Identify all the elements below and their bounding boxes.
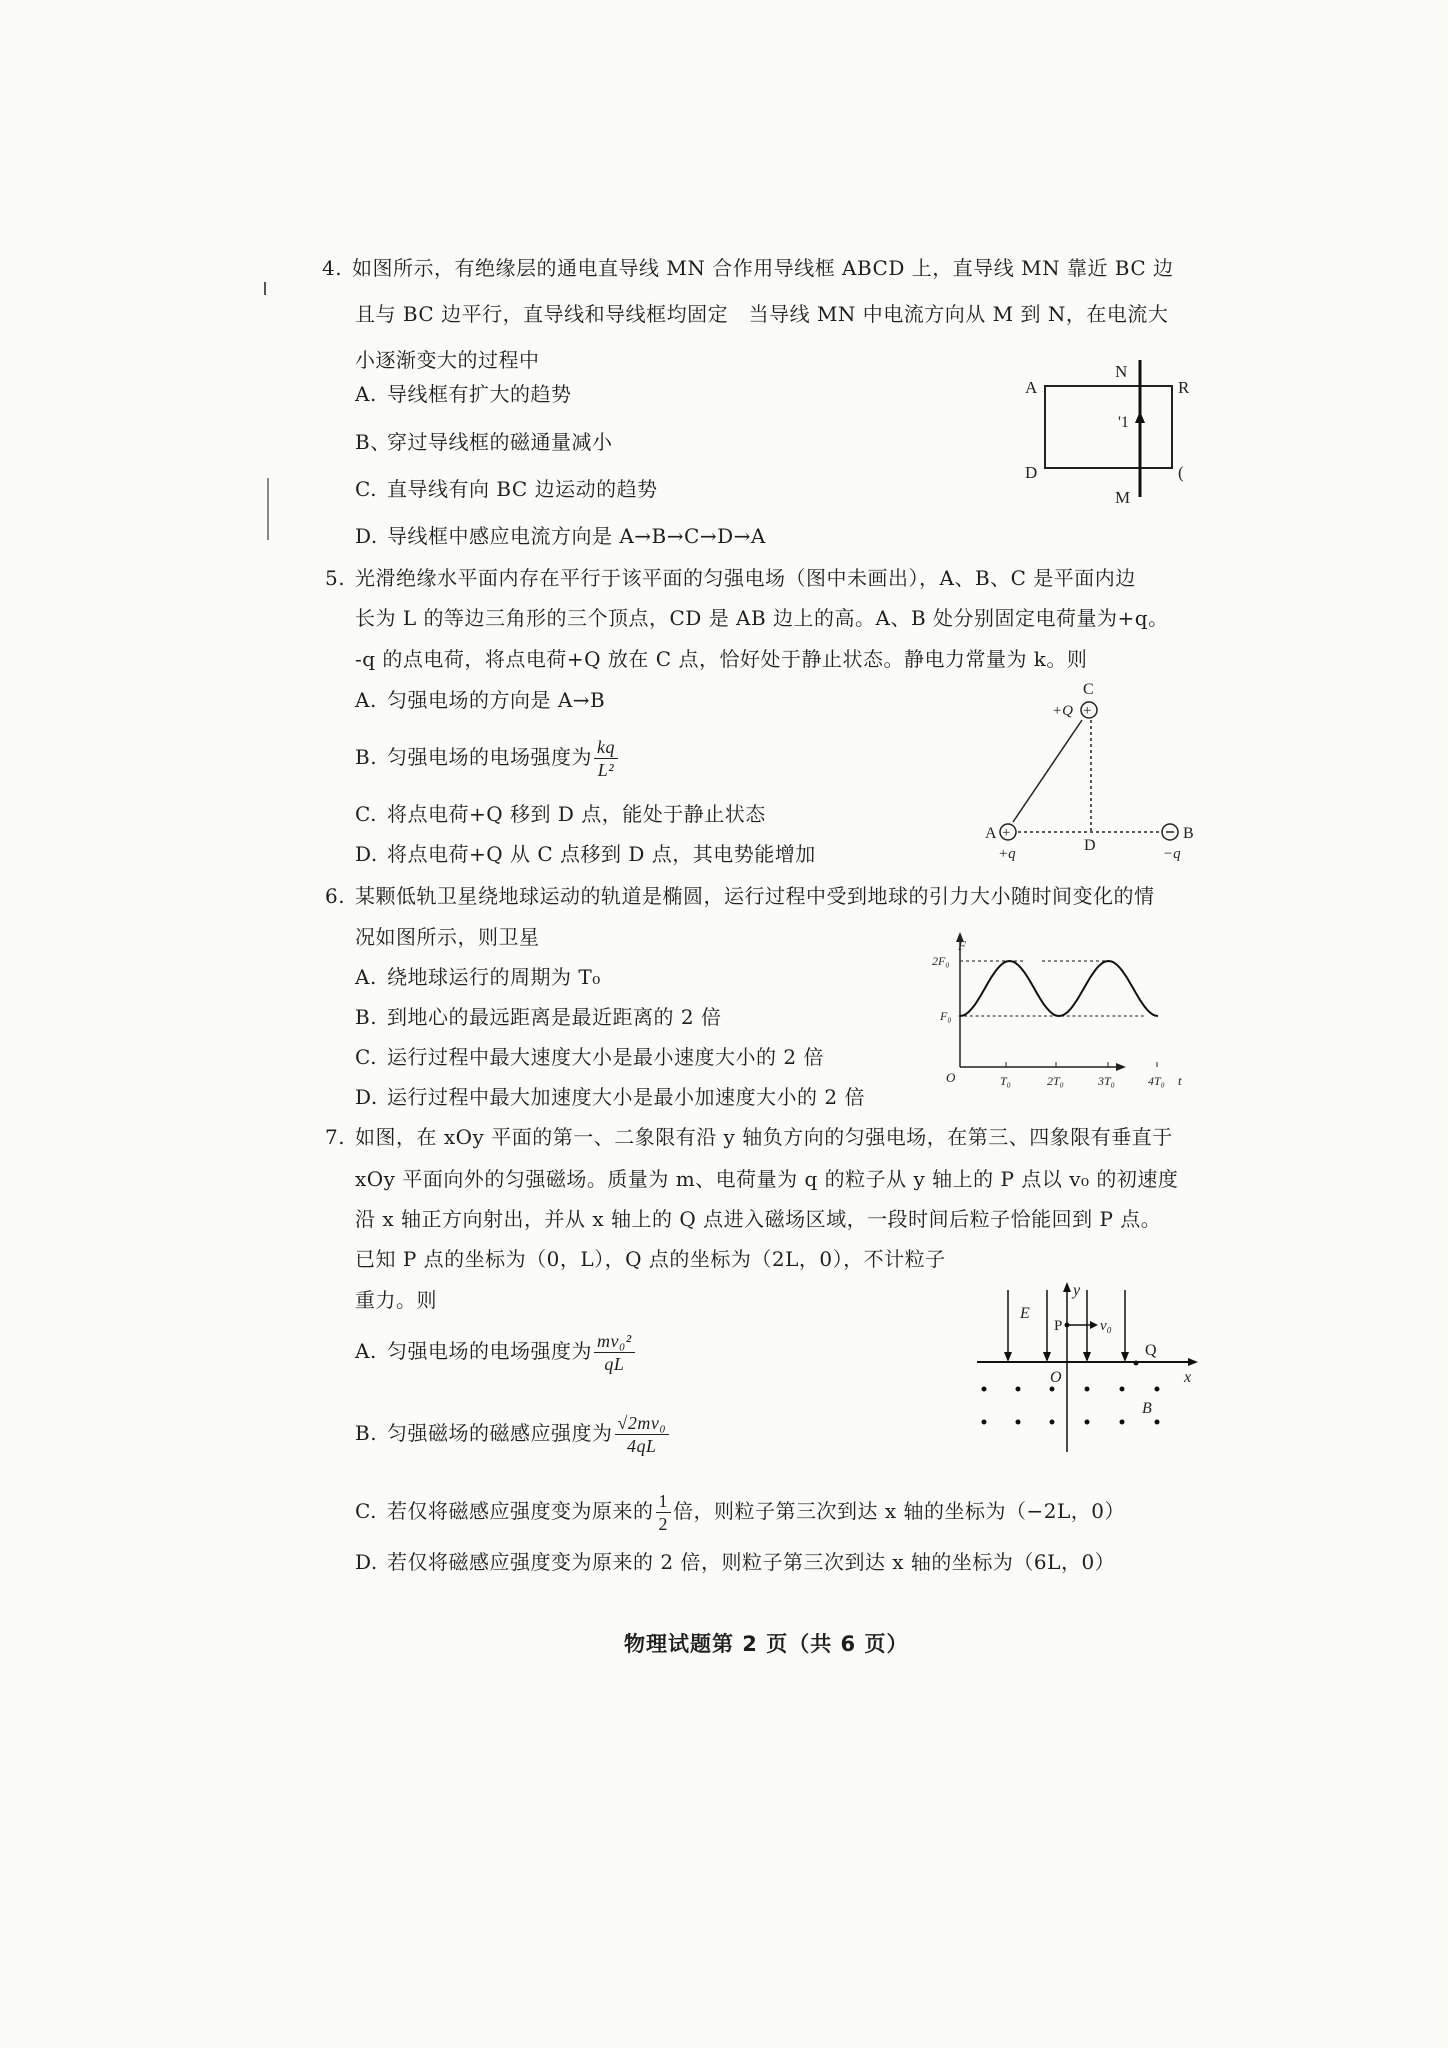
svg-text:T₀: T₀ <box>1000 1074 1011 1088</box>
fraction: √2mv₀4qL <box>615 1412 670 1457</box>
magnetic-field-dots <box>982 1387 1160 1425</box>
question-7-option-a[interactable]: A.匀强电场的电场强度为mv₀²qL <box>355 1330 637 1375</box>
svg-text:A: A <box>985 825 997 842</box>
svg-text:'1: '1 <box>1118 414 1129 431</box>
svg-text:−q: −q <box>1163 846 1181 862</box>
question-6-force-time-chart: F 2F₀ F₀ O T₀ 2T₀ 3T₀ 4T₀ t <box>930 930 1210 1090</box>
current-arrow-icon <box>1135 411 1145 423</box>
question-4-option-a[interactable]: A.导线框有扩大的趋势 <box>355 380 572 408</box>
svg-text:C: C <box>1083 681 1094 698</box>
svg-text:+q: +q <box>998 846 1016 862</box>
question-4-wire-frame-diagram: A R ( D N M '1 <box>1015 355 1215 505</box>
margin-mark-short <box>264 282 266 295</box>
svg-text:+: + <box>1002 825 1010 841</box>
svg-text:v₀: v₀ <box>1100 1318 1112 1334</box>
question-7-option-b[interactable]: B.匀强磁场的磁感应强度为√2mv₀4qL <box>355 1412 671 1457</box>
question-number: 6. <box>325 882 355 910</box>
question-5-option-c[interactable]: C.将点电荷+Q 移到 D 点，能处于静止状态 <box>355 800 766 828</box>
question-4-option-b[interactable]: B、穿过导线框的磁通量减小 <box>355 428 613 456</box>
question-5-triangle-charges-diagram: + + C +Q A +q B −q D <box>980 680 1220 870</box>
question-4-stem-line-3: 小逐渐变大的过程中 <box>355 346 540 374</box>
margin-mark-long <box>267 478 269 540</box>
svg-text:2T₀: 2T₀ <box>1047 1074 1064 1088</box>
question-5-stem-line-2: 长为 L 的等边三角形的三个顶点，CD 是 AB 边上的高。A、B 处分别固定电… <box>355 604 1169 632</box>
question-6-stem-line-1: 6.某颗低轨卫星绕地球运动的轨道是椭圆，运行过程中受到地球的引力大小随时间变化的… <box>325 882 1155 910</box>
svg-text:3T₀: 3T₀ <box>1097 1074 1115 1088</box>
page-footer: 物理试题第 2 页（共 6 页） <box>624 1628 908 1658</box>
svg-text:D: D <box>1084 837 1096 854</box>
arrow-up-icon <box>1063 1282 1071 1292</box>
question-7-option-d[interactable]: D.若仅将磁感应强度变为原来的 2 倍，则粒子第三次到达 x 轴的坐标为（6L，… <box>355 1548 1115 1576</box>
question-number: 7. <box>325 1123 355 1151</box>
svg-text:E: E <box>1019 1305 1030 1322</box>
svg-text:(: ( <box>1178 463 1184 482</box>
svg-text:A: A <box>1025 378 1038 397</box>
svg-text:t: t <box>1178 1073 1182 1088</box>
question-7-stem-line-3: 沿 x 轴正方向射出，并从 x 轴上的 Q 点进入磁场区域，一段时间后粒子恰能回… <box>355 1205 1161 1233</box>
svg-text:R: R <box>1178 378 1190 397</box>
question-6-option-c[interactable]: C.运行过程中最大速度大小是最小速度大小的 2 倍 <box>355 1043 824 1071</box>
svg-text:P: P <box>1054 1318 1062 1334</box>
svg-text:+: + <box>1083 703 1091 719</box>
question-6-option-b[interactable]: B.到地心的最远距离是最近距离的 2 倍 <box>355 1003 721 1031</box>
arrow-right-icon <box>1116 1063 1126 1071</box>
svg-text:2F₀: 2F₀ <box>932 954 950 968</box>
question-6-stem-line-2: 况如图所示，则卫星 <box>355 923 540 951</box>
arrow-right-icon <box>1188 1358 1198 1366</box>
svg-text:x: x <box>1183 1369 1191 1386</box>
question-7-stem-line-4: 已知 P 点的坐标为（0，L），Q 点的坐标为（2L，0），不计粒子 <box>355 1245 946 1273</box>
svg-text:M: M <box>1115 488 1130 507</box>
svg-text:B: B <box>1142 1400 1152 1417</box>
question-5-option-b[interactable]: B.匀强电场的电场强度为kqL² <box>355 736 620 781</box>
svg-text:O: O <box>1050 1369 1062 1386</box>
svg-text:Q: Q <box>1145 1342 1157 1359</box>
svg-text:O: O <box>946 1070 956 1085</box>
question-5-stem-line-3: -q 的点电荷，将点电荷+Q 放在 C 点，恰好处于静止状态。静电力常量为 k。… <box>355 645 1087 673</box>
question-number: 4. <box>322 254 352 282</box>
svg-text:y: y <box>1071 1282 1081 1299</box>
question-7-stem-line-2: xOy 平面向外的匀强磁场。质量为 m、电荷量为 q 的粒子从 y 轴上的 P … <box>355 1165 1178 1193</box>
question-5-option-a[interactable]: A.匀强电场的方向是 A→B <box>355 686 605 714</box>
question-6-option-a[interactable]: A.绕地球运行的周期为 T₀ <box>355 963 601 991</box>
fraction: mv₀²qL <box>594 1330 635 1375</box>
point-q <box>1134 1361 1139 1366</box>
svg-text:F₀: F₀ <box>939 1009 952 1023</box>
question-5-option-d[interactable]: D.将点电荷+Q 从 C 点移到 D 点，其电势能增加 <box>355 840 816 868</box>
fraction: kqL² <box>594 736 618 781</box>
question-7-option-c[interactable]: C.若仅将磁感应强度变为原来的12倍，则粒子第三次到达 x 轴的坐标为（−2L，… <box>355 1490 1125 1535</box>
question-4-stem-line-1: 4.如图所示，有绝缘层的通电直导线 MN 合作用导线框 ABCD 上，直导线 M… <box>322 254 1174 282</box>
question-4-option-c[interactable]: C.直导线有向 BC 边运动的趋势 <box>355 475 658 503</box>
question-7-field-diagram: y x O E P v₀ Q B <box>970 1280 1210 1460</box>
question-5-stem-line-1: 5.光滑绝缘水平面内存在平行于该平面的匀强电场（图中未画出），A、B、C 是平面… <box>325 564 1136 592</box>
svg-text:+Q: +Q <box>1052 703 1073 719</box>
force-curve <box>960 961 1158 1016</box>
question-6-option-d[interactable]: D.运行过程中最大加速度大小是最小加速度大小的 2 倍 <box>355 1083 865 1111</box>
question-7-stem-line-1: 7.如图，在 xOy 平面的第一、二象限有沿 y 轴负方向的匀强电场，在第三、四… <box>325 1123 1173 1151</box>
svg-text:B: B <box>1183 825 1194 842</box>
question-number: 5. <box>325 564 355 592</box>
svg-text:N: N <box>1115 362 1127 381</box>
svg-text:4T₀: 4T₀ <box>1148 1074 1165 1088</box>
fraction: 12 <box>656 1490 672 1535</box>
svg-text:D: D <box>1025 463 1037 482</box>
question-7-stem-line-5: 重力。则 <box>355 1286 437 1314</box>
svg-text:F: F <box>957 938 967 953</box>
question-4-option-d[interactable]: D.导线框中感应电流方向是 A→B→C→D→A <box>355 522 766 550</box>
question-4-stem-line-2: 且与 BC 边平行，直导线和导线框均固定 当导线 MN 中电流方向从 M 到 N… <box>355 300 1168 328</box>
